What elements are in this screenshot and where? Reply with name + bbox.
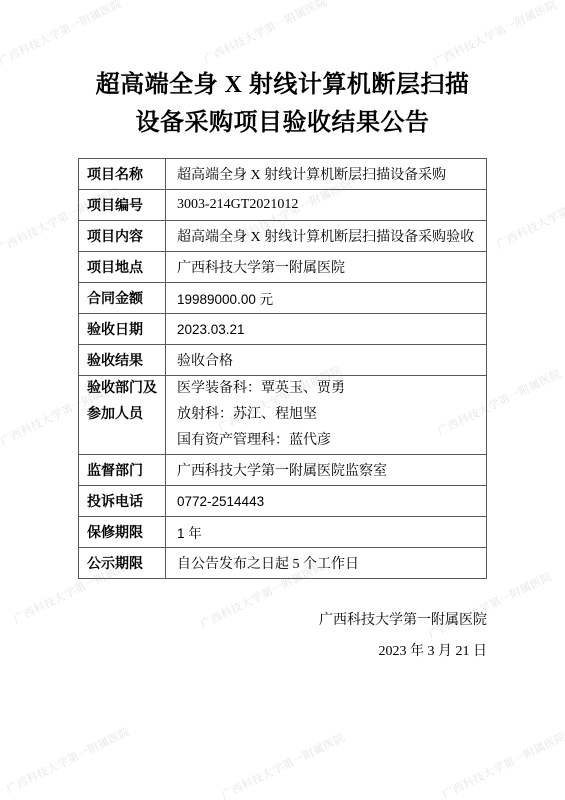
row-label: 监督部门 — [79, 455, 166, 486]
row-label: 验收部门及 参加人员 — [79, 376, 166, 455]
table-row-publicity-period: 公示期限 自公告发布之日起 5 个工作日 — [79, 548, 487, 579]
watermark-text: 广西科技大学第一附属医院 — [431, 0, 560, 70]
table-row-acceptance-result: 验收结果 验收合格 — [79, 345, 487, 376]
row-label: 合同金额 — [79, 283, 166, 314]
watermark-text: 广西科技大学第一附属医院 — [440, 728, 565, 800]
watermark-text: 广西科技大学第一附属医院 — [219, 729, 348, 800]
row-label: 验收日期 — [79, 314, 166, 345]
table-row-project-location: 项目地点 广西科技大学第一附属医院 — [79, 252, 487, 283]
table-row-acceptance-department: 验收部门及 参加人员 医学装备科：覃英玉、贾勇 放射科：苏江、程旭坚 国有资产管… — [79, 376, 487, 455]
watermark-text: 广西科技大学第一附属医院 — [201, 0, 330, 67]
table-row-project-content: 项目内容 超高端全身 X 射线计算机断层扫描设备采购验收 — [79, 221, 487, 252]
row-label: 项目地点 — [79, 252, 166, 283]
row-value: 超高端全身 X 射线计算机断层扫描设备采购验收 — [166, 221, 487, 252]
row-value: 超高端全身 X 射线计算机断层扫描设备采购 — [166, 159, 487, 190]
row-value: 自公告发布之日起 5 个工作日 — [166, 548, 487, 579]
table-row-complaint-phone: 投诉电话 0772-2514443 — [79, 486, 487, 517]
table-row-project-name: 项目名称 超高端全身 X 射线计算机断层扫描设备采购 — [79, 159, 487, 190]
row-value: 3003-214GT2021012 — [166, 190, 487, 221]
row-value: 19989000.00 元 — [166, 283, 487, 314]
document-footer: 广西科技大学第一附属医院 2023 年 3 月 21 日 — [319, 612, 487, 661]
table-row-supervisory-department: 监督部门 广西科技大学第一附属医院监察室 — [79, 455, 487, 486]
row-value: 广西科技大学第一附属医院 — [166, 252, 487, 283]
row-label: 项目名称 — [79, 159, 166, 190]
label-line: 验收部门及 — [87, 376, 165, 402]
table-row-warranty-period: 保修期限 1 年 — [79, 517, 487, 548]
watermark-text: 广西科技大学第一附属医院 — [494, 178, 565, 252]
project-info-table: 项目名称 超高端全身 X 射线计算机断层扫描设备采购 项目编号 3003-214… — [78, 158, 487, 579]
watermark-text: 广西科技大学第一附属医院 — [4, 723, 133, 797]
row-label: 验收结果 — [79, 345, 166, 376]
row-label: 项目内容 — [79, 221, 166, 252]
row-value: 1 年 — [166, 517, 487, 548]
watermark-text: 广西科技大学第一附属医院 — [0, 0, 124, 69]
title-line-1: 超高端全身 X 射线计算机断层扫描 — [0, 66, 565, 104]
footer-date: 2023 年 3 月 21 日 — [319, 643, 487, 661]
row-label: 保修期限 — [79, 517, 166, 548]
table-row-contract-amount: 合同金额 19989000.00 元 — [79, 283, 487, 314]
document-title: 超高端全身 X 射线计算机断层扫描 设备采购项目验收结果公告 — [0, 66, 565, 142]
row-label: 公示期限 — [79, 548, 166, 579]
value-line: 医学装备科：覃英玉、贾勇 — [177, 376, 486, 402]
row-value: 广西科技大学第一附属医院监察室 — [166, 455, 487, 486]
value-line: 国有资产管理科：蓝代彦 — [177, 428, 486, 454]
row-value: 医学装备科：覃英玉、贾勇 放射科：苏江、程旭坚 国有资产管理科：蓝代彦 — [166, 376, 487, 455]
value-line: 放射科：苏江、程旭坚 — [177, 402, 486, 428]
row-label: 项目编号 — [79, 190, 166, 221]
table-row-acceptance-date: 验收日期 2023.03.21 — [79, 314, 487, 345]
row-label: 投诉电话 — [79, 486, 166, 517]
footer-organization: 广西科技大学第一附属医院 — [319, 612, 487, 630]
row-value: 验收合格 — [166, 345, 487, 376]
row-value: 2023.03.21 — [166, 314, 487, 345]
row-value: 0772-2514443 — [166, 486, 487, 517]
document-page: 广西科技大学第一附属医院广西科技大学第一附属医院广西科技大学第一附属医院广西科技… — [0, 0, 565, 800]
title-line-2: 设备采购项目验收结果公告 — [0, 104, 565, 142]
table-row-project-number: 项目编号 3003-214GT2021012 — [79, 190, 487, 221]
label-line: 参加人员 — [87, 402, 165, 428]
